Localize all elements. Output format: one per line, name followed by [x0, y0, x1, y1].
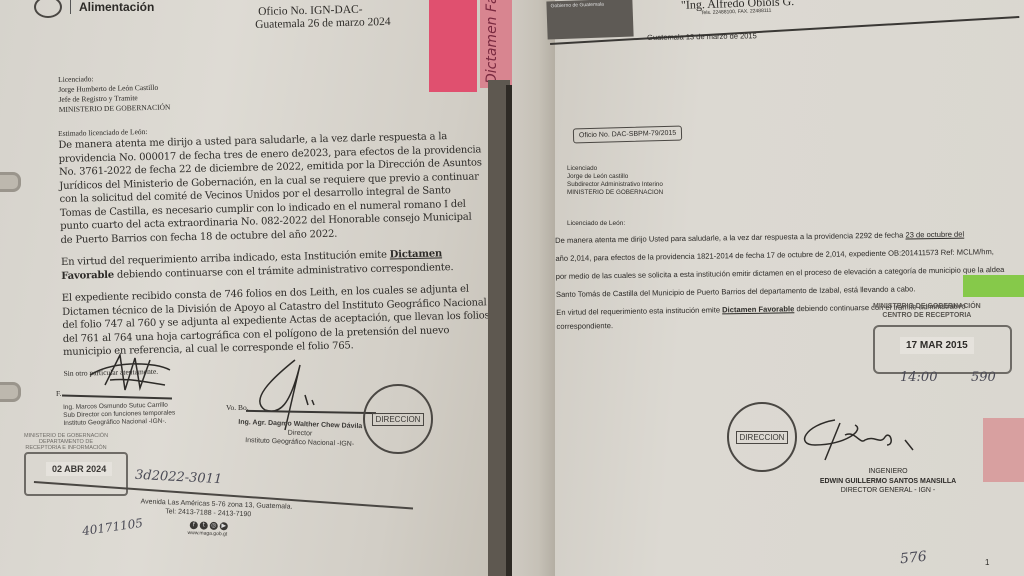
date-line: Guatemala 26 de marzo 2024 — [255, 16, 391, 31]
stamp-header-line: MINISTERIO DE GOBERNACIÓN — [873, 302, 981, 311]
handwritten-reference: 3d2022-3011 — [135, 468, 223, 488]
photo-scene: Alimentación Oficio No. IGN-DAC- Guatema… — [0, 0, 1024, 576]
underlined-date: 23 de octubre del — [905, 230, 964, 240]
receipt-stamp: 17 MAR 2015 — [873, 325, 1012, 374]
recipient-line: Licenciado — [567, 165, 663, 173]
handwritten-time: 14:00 — [900, 370, 937, 385]
stamp-header-line: CENTRO DE RECEPTORIA — [873, 311, 981, 320]
oficio-number: Oficio No. IGN-DAC- — [258, 4, 363, 18]
recipient-block: Licenciado Jorge de León castillo Subdir… — [567, 165, 663, 197]
pink-index-tab — [983, 418, 1024, 482]
receipt-stamp-header: MINISTERIO DE GOBERNACIÓN CENTRO DE RECE… — [873, 302, 981, 320]
signer1-org: Instituto Geográfico Nacional -IGN-. — [63, 417, 175, 428]
binder-ring — [0, 172, 21, 192]
instagram-icon[interactable]: ◎ — [210, 522, 218, 530]
emblem-icon — [34, 0, 62, 18]
receipt-stamp-header: MINISTERIO DE GOBERNACIÓN DEPARTAMENTO D… — [24, 433, 108, 451]
ign-seal: DIRECCION — [363, 384, 433, 454]
date-line: Guatemala 13 de marzo de 2015 — [647, 31, 757, 42]
letter-body: Estimado licenciado de León: De manera a… — [58, 118, 491, 377]
receipt-date: 02 ABR 2024 — [46, 462, 112, 476]
recipient-line: Subdirector Administrativo Interino — [567, 181, 663, 189]
recipient-block: Licenciado: Jorge Humberto de León Casti… — [58, 72, 171, 115]
director-name: EDWIN GUILLERMO SANTOS MANSILLA — [813, 477, 963, 487]
receipt-date: 17 MAR 2015 — [900, 337, 974, 354]
recipient-line: MINISTERIO DE GOBERNACION — [567, 189, 663, 197]
director-prefix: INGENIERO — [813, 467, 963, 477]
right-document-page: Gobierno de Guatemala "Ing. Alfredo Obio… — [555, 0, 1024, 576]
gov-logo: Gobierno de Guatemala — [546, 0, 633, 39]
favorable-highlight: Favorable — [61, 269, 114, 281]
seal-text: DIRECCION — [736, 431, 789, 444]
signer2-block: Ing. Agr. Dagmo Walther Chew Dávila Dire… — [238, 418, 363, 449]
dictamen-highlight: Dictamen — [390, 248, 443, 260]
director-signature — [795, 415, 925, 465]
paragraph-2: En virtud del requerimiento arriba indic… — [61, 246, 489, 283]
green-index-tab — [963, 275, 1024, 297]
signer1-block: Ing. Marcos Osmundo Sutuc Carrillo Sub D… — [63, 401, 176, 428]
page-number: 1 — [985, 558, 989, 567]
handwritten-folios: 590 — [971, 370, 996, 385]
handwritten-folio: 576 — [899, 549, 927, 568]
oficio-number: Oficio No. DAC-SBPM-79/2015 — [573, 126, 683, 144]
signature-1 — [85, 350, 175, 400]
ign-seal: DIRECCION — [727, 402, 797, 472]
maga-logo: Alimentación — [34, 0, 154, 18]
header-org: Alimentación — [79, 0, 154, 14]
paragraph-text: En virtud del requerimiento esta institu… — [556, 305, 722, 317]
left-document-page: Alimentación Oficio No. IGN-DAC- Guatema… — [0, 0, 490, 576]
page-fold — [512, 0, 556, 576]
paragraph-1: De manera atenta me dirijo a usted para … — [58, 129, 487, 247]
sticky-note-text: Dictamen Favorable — [484, 0, 500, 84]
header-phone: Tels. 22488100, FAX. 22488111 — [701, 8, 772, 16]
facebook-icon[interactable]: f — [190, 521, 198, 529]
signer1-prefix: F. — [56, 389, 61, 398]
recipient-line: MINISTERIO DE GOBERNACIÓN — [59, 102, 171, 115]
footer: Avenida Las Américas 5-76 zona 13, Guate… — [139, 497, 292, 541]
stamp-header-line: RECEPTORIA E INFORMACIÓN — [24, 445, 108, 451]
director-block: INGENIERO EDWIN GUILLERMO SANTOS MANSILL… — [813, 467, 963, 496]
gov-logo-text: Gobierno de Guatemala — [550, 2, 604, 10]
dictamen-favorable-highlight: Dictamen Favorable — [722, 304, 794, 314]
youtube-icon[interactable]: ▶ — [220, 522, 228, 530]
paragraph-3: El expediente recibido consta de 746 fol… — [62, 282, 491, 359]
twitter-icon[interactable]: t — [200, 521, 208, 529]
sticky-note — [429, 0, 477, 92]
salutation: Licenciado de León: — [567, 220, 625, 227]
seal-text: DIRECCION — [372, 413, 425, 426]
handwritten-note: 40171105 — [81, 516, 143, 538]
binder-ring — [0, 382, 21, 402]
receipt-stamp: 02 ABR 2024 — [24, 452, 128, 496]
director-title: DIRECTOR GENERAL - IGN - — [813, 486, 963, 496]
recipient-line: Jorge de León castillo — [567, 173, 663, 181]
paragraph-line: De manera atenta me dirijo Usted para sa… — [555, 230, 905, 245]
